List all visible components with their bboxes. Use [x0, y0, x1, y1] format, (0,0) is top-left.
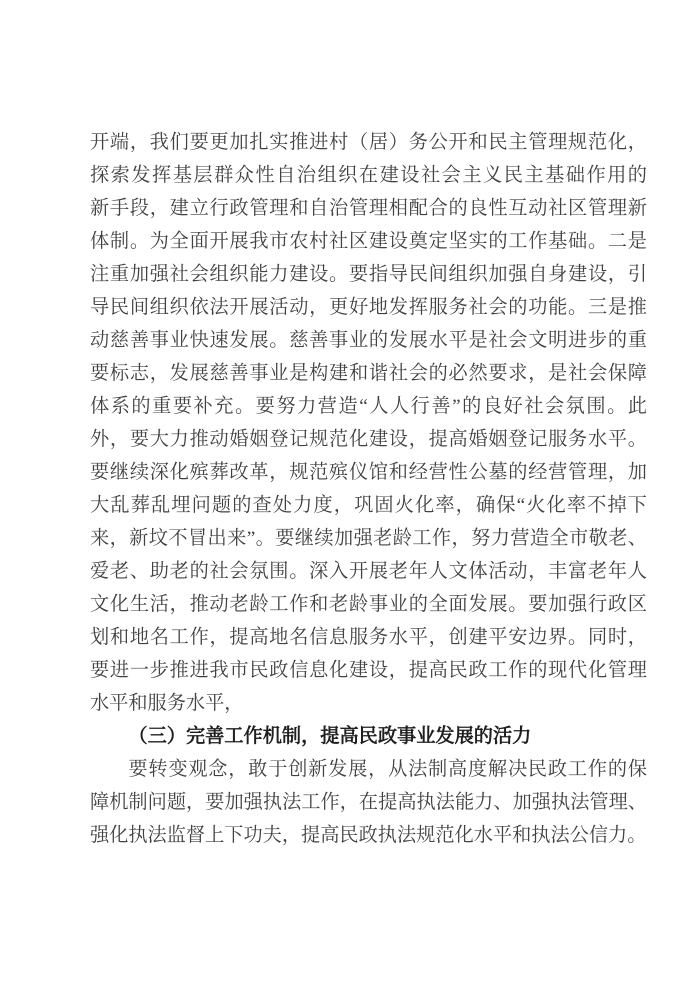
text-line: 体系的重要补充。要努力营造“人人行善”的良好社会氛围。此: [90, 390, 647, 423]
document-text-block: 开端，我们要更加扎实推进村（居）务公开和民主管理规范化， 探索发挥基层群众性自治…: [90, 126, 647, 852]
text-line: 强化执法监督上下功夫，提高民政执法规范化水平和执法公信力。: [90, 819, 647, 852]
section-heading: （三）完善工作机制，提高民政事业发展的活力: [90, 720, 647, 753]
text-line: 外，要大力推动婚姻登记规范化建设，提高婚姻登记服务水平。: [90, 423, 647, 456]
text-line: 注重加强社会组织能力建设。要指导民间组织加强自身建设，引: [90, 258, 647, 291]
text-line: 要继续深化殡葬改革，规范殡仪馆和经营性公墓的经营管理，加: [90, 456, 647, 489]
text-line: 要标志，发展慈善事业是构建和谐社会的必然要求，是社会保障: [90, 357, 647, 390]
text-line: 探索发挥基层群众性自治组织在建设社会主义民主基础作用的: [90, 159, 647, 192]
text-line: 来，新坟不冒出来”。要继续加强老龄工作，努力营造全市敬老、: [90, 522, 647, 555]
document-page: 开端，我们要更加扎实推进村（居）务公开和民主管理规范化， 探索发挥基层群众性自治…: [0, 0, 700, 989]
text-line: 开端，我们要更加扎实推进村（居）务公开和民主管理规范化，: [90, 126, 647, 159]
paragraph-continuation: 开端，我们要更加扎实推进村（居）务公开和民主管理规范化， 探索发挥基层群众性自治…: [90, 126, 647, 720]
text-line: 动慈善事业快速发展。慈善事业的发展水平是社会文明进步的重: [90, 324, 647, 357]
text-line: 新手段，建立行政管理和自治管理相配合的良性互动社区管理新: [90, 192, 647, 225]
text-line: 导民间组织依法开展活动，更好地发挥服务社会的功能。三是推: [90, 291, 647, 324]
text-line: 爱老、助老的社会氛围。深入开展老年人文体活动，丰富老年人: [90, 555, 647, 588]
text-line: 要转变观念，敢于创新发展，从法制高度解决民政工作的保: [90, 753, 647, 786]
text-line: 障机制问题，要加强执法工作，在提高执法能力、加强执法管理、: [90, 786, 647, 819]
text-line: 水平和服务水平，: [90, 687, 647, 720]
text-line: 文化生活，推动老龄工作和老龄事业的全面发展。要加强行政区: [90, 588, 647, 621]
text-line: 要进一步推进我市民政信息化建设，提高民政工作的现代化管理: [90, 654, 647, 687]
text-line: 划和地名工作，提高地名信息服务水平，创建平安边界。同时，: [90, 621, 647, 654]
text-line: 体制。为全面开展我市农村社区建设奠定坚实的工作基础。二是: [90, 225, 647, 258]
text-line: 大乱葬乱埋问题的查处力度，巩固火化率，确保“火化率不掉下: [90, 489, 647, 522]
paragraph-closing: 要转变观念，敢于创新发展，从法制高度解决民政工作的保 障机制问题，要加强执法工作…: [90, 753, 647, 852]
